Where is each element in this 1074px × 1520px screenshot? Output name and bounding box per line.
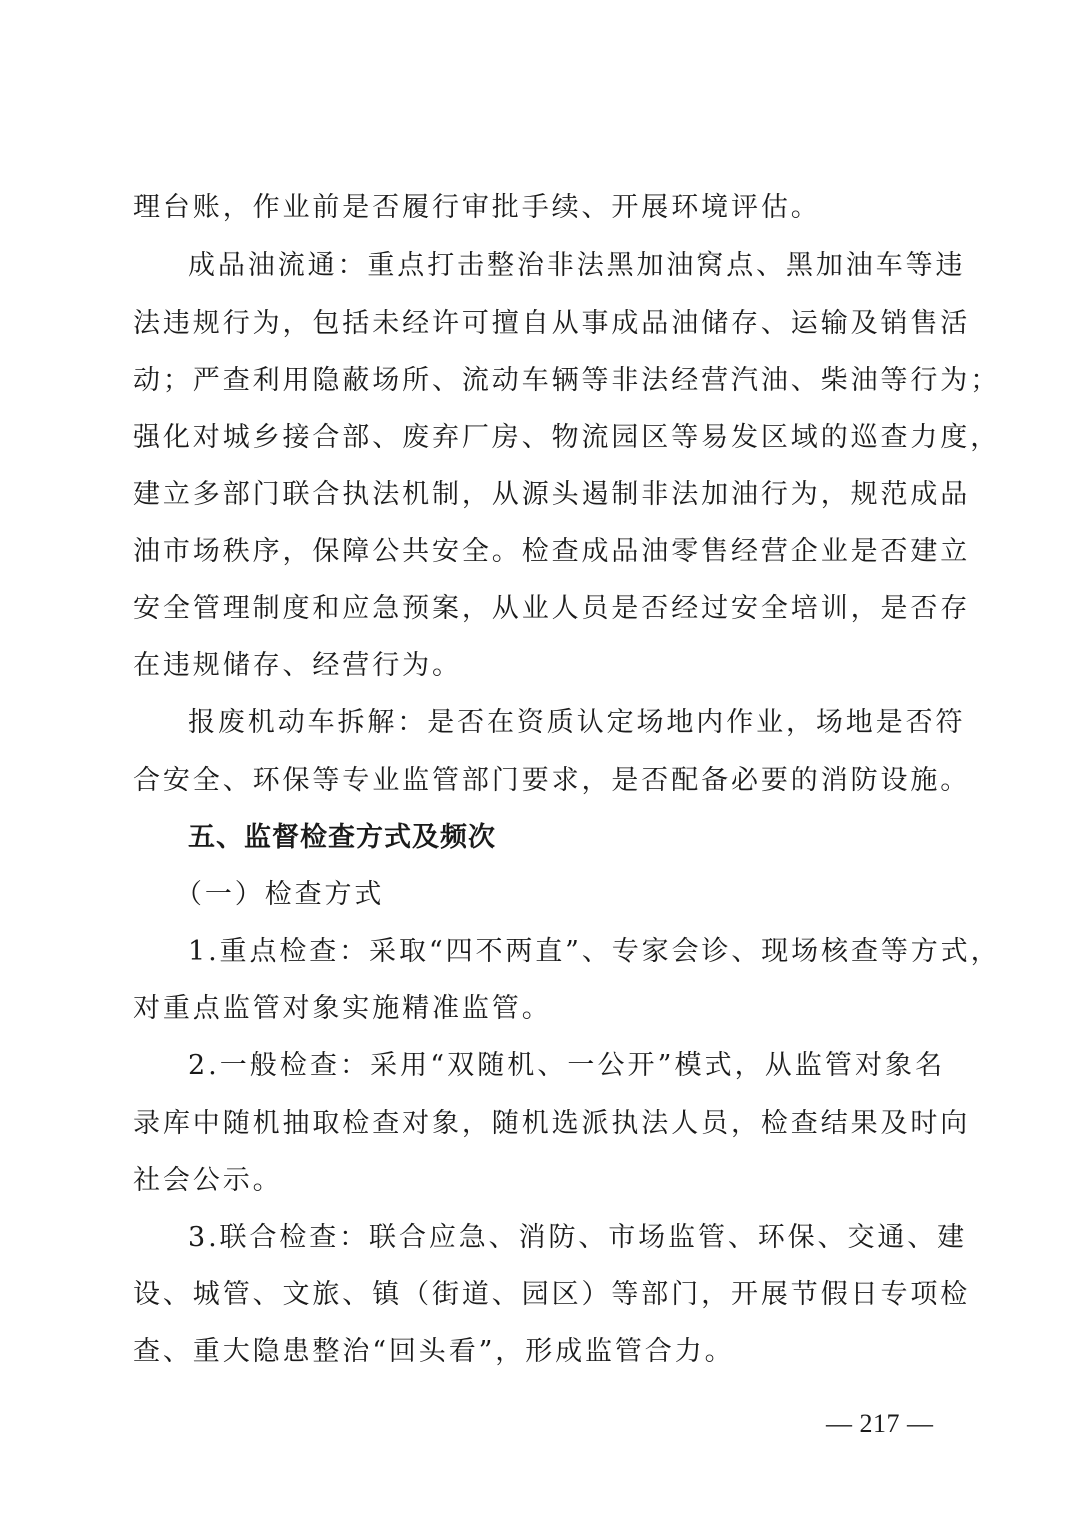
page-number: — 217 —	[826, 1407, 934, 1441]
list-item-line: 社会公示。	[133, 1163, 945, 1199]
paragraph-line: 报废机动车拆解：是否在资质认定场地内作业，场地是否符	[188, 705, 945, 741]
subsection-heading: （一）检查方式	[175, 877, 384, 913]
list-item-line: 1.重点检查：采取“四不两直”、专家会诊、现场核查等方式，	[188, 934, 945, 970]
paragraph-line: 成品油流通：重点打击整治非法黑加油窝点、黑加油车等违	[188, 248, 945, 284]
paragraph-line: 合安全、环保等专业监管部门要求，是否配备必要的消防设施。	[133, 763, 945, 799]
list-item-line: 对重点监管对象实施精准监管。	[133, 991, 945, 1027]
list-item-line: 3.联合检查：联合应急、消防、市场监管、环保、交通、建	[188, 1220, 945, 1256]
list-item-line: 2.一般检查：采用“双随机、一公开”模式，从监管对象名	[188, 1048, 945, 1084]
paragraph-line: 油市场秩序，保障公共安全。检查成品油零售经营企业是否建立	[133, 534, 945, 570]
paragraph-line: 强化对城乡接合部、废弃厂房、物流园区等易发区域的巡查力度，	[133, 420, 945, 456]
section-heading: 五、监督检查方式及频次	[188, 820, 496, 856]
paragraph-line: 理台账，作业前是否履行审批手续、开展环境评估。	[133, 190, 945, 226]
paragraph-line: 在违规储存、经营行为。	[133, 648, 945, 684]
list-item-line: 查、重大隐患整治“回头看”，形成监管合力。	[133, 1334, 945, 1370]
document-page: 理台账，作业前是否履行审批手续、开展环境评估。 成品油流通：重点打击整治非法黑加…	[0, 0, 1074, 1520]
paragraph-line: 法违规行为，包括未经许可擅自从事成品油储存、运输及销售活	[133, 306, 945, 342]
list-item-line: 设、城管、文旅、镇（街道、园区）等部门，开展节假日专项检	[133, 1277, 945, 1313]
paragraph-line: 建立多部门联合执法机制，从源头遏制非法加油行为，规范成品	[133, 477, 945, 513]
paragraph-line: 动；严查利用隐蔽场所、流动车辆等非法经营汽油、柴油等行为；	[133, 363, 945, 399]
paragraph-line: 安全管理制度和应急预案，从业人员是否经过安全培训，是否存	[133, 591, 945, 627]
list-item-line: 录库中随机抽取检查对象，随机选派执法人员，检查结果及时向	[133, 1106, 945, 1142]
